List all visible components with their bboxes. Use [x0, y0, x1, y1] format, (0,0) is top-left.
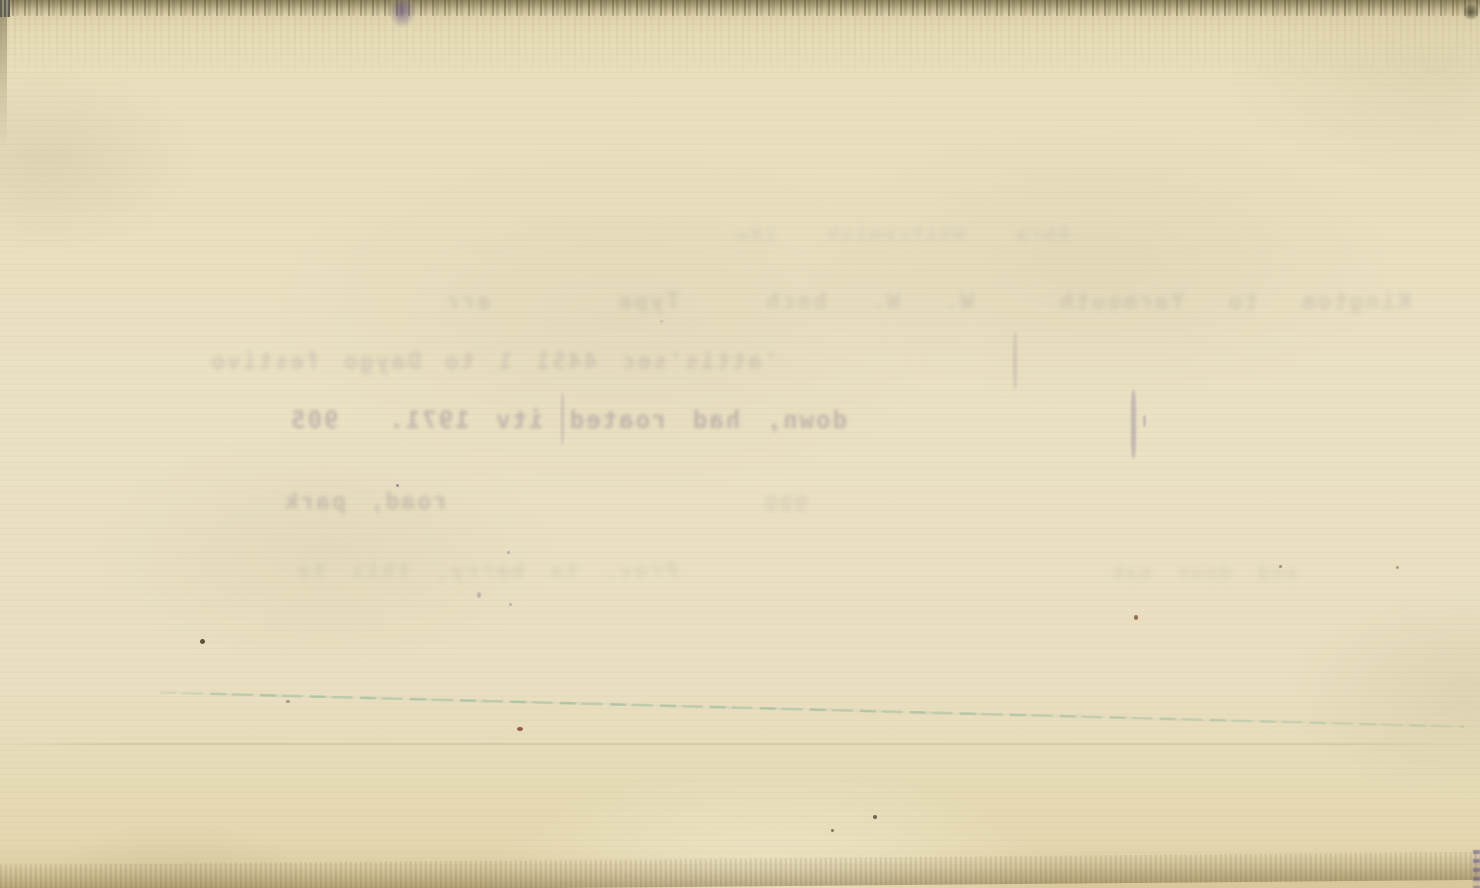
- scanned-card-back: Abra Whitcomish idwKingtom to Yarmouth W…: [0, 0, 1480, 888]
- card-top-edge: [0, 0, 1480, 16]
- stain-speck: [561, 393, 564, 445]
- stain-speck: [507, 551, 510, 554]
- stain-speck: [831, 829, 834, 832]
- stain-speck: [1131, 390, 1136, 458]
- stain-speck: [1279, 565, 1282, 568]
- stain-speck: [660, 320, 663, 323]
- bleed-through-line: 'attis'sec 4451 1 to Daygo festivo: [178, 349, 778, 375]
- stain-speck: [1143, 415, 1146, 427]
- stain-speck: [200, 639, 205, 644]
- bleed-through-line: 900: [688, 493, 808, 518]
- bleed-through-line: Kingtom to Yarmouth W. W. bnch Type arr: [226, 289, 1411, 315]
- stain-speck: [1013, 332, 1017, 390]
- stain-speck: [1396, 566, 1399, 569]
- bleed-through-line: down, had roated itv 1971. 905: [182, 406, 847, 434]
- stain-speck: [477, 592, 481, 598]
- purple-ink-blotch: [390, 0, 414, 27]
- top-streak-texture: [0, 0, 1480, 80]
- teal-underline-bleed: [160, 691, 1465, 728]
- paper-crease-line: [0, 743, 1480, 745]
- bleed-through-line: Abra Whitcomish idw: [660, 222, 1070, 246]
- bleed-through-line: Prov. to berry, this to: [178, 559, 678, 584]
- stain-speck: [396, 484, 399, 487]
- bleed-through-line: and down mak: [1008, 561, 1298, 585]
- stain-speck: [1134, 615, 1138, 620]
- stain-speck: [517, 727, 523, 731]
- stain-speck: [873, 815, 877, 819]
- stain-speck: [509, 603, 512, 606]
- stain-speck: [286, 700, 290, 703]
- bleed-through-line: road, park: [182, 489, 447, 515]
- bottom-right-edge-marks: [1473, 850, 1480, 888]
- top-left-corner-chip: [0, 0, 10, 17]
- top-right-dark-mark: [1464, 5, 1478, 19]
- scanner-line-texture: [0, 0, 1480, 888]
- card-left-edge-shadow: [0, 0, 7, 150]
- card-bottom-edge: [0, 852, 1480, 888]
